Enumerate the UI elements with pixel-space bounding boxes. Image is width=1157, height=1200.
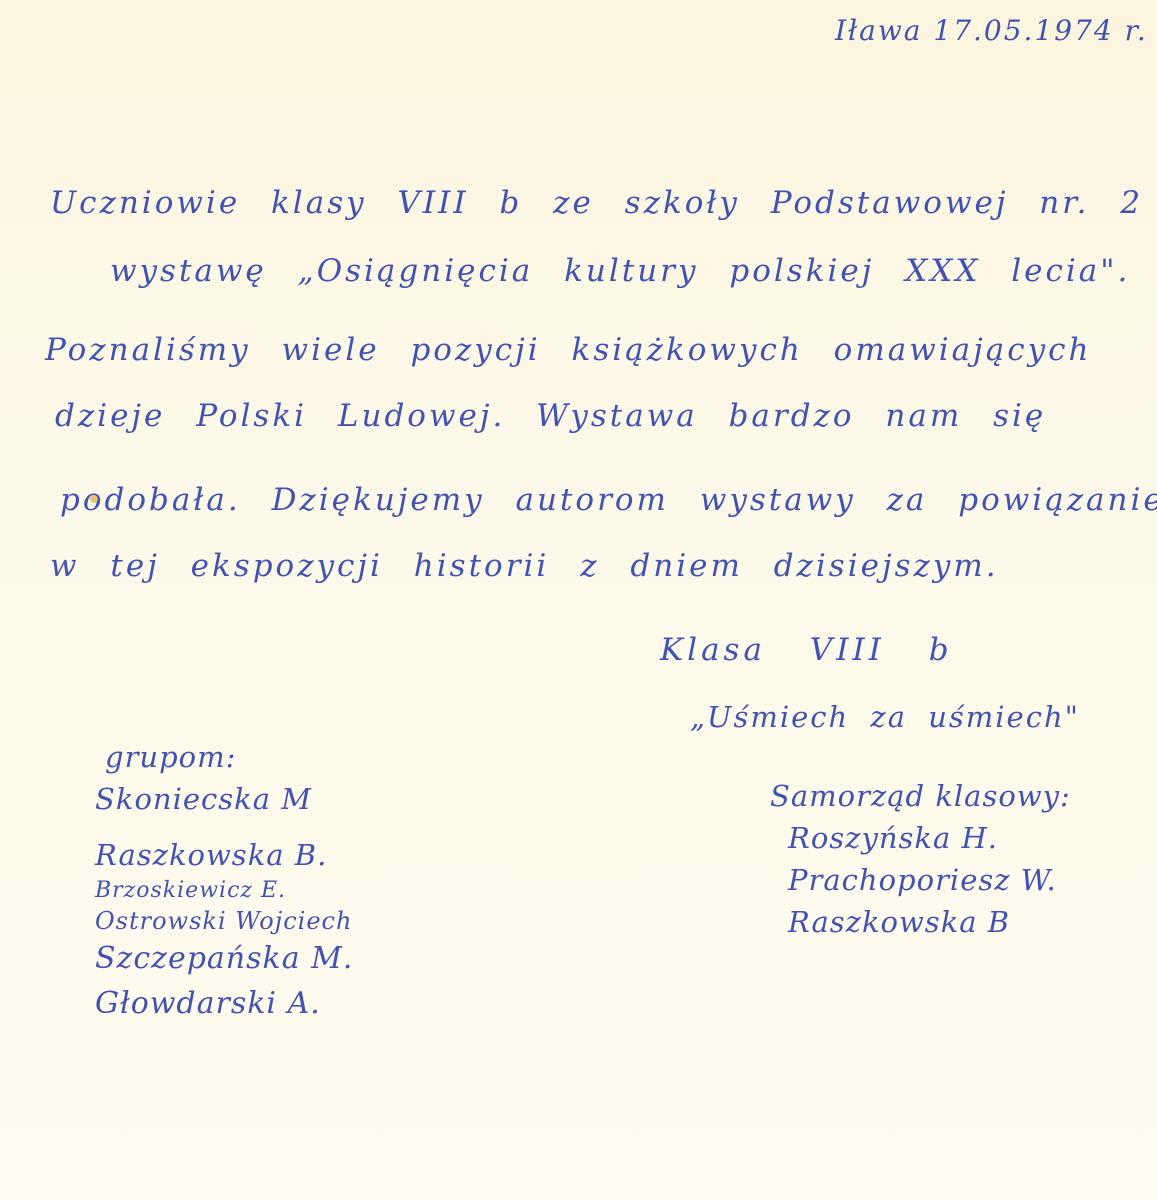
- body-line-5: podobała. Dziękujemy autorom wystawy za …: [60, 482, 1157, 518]
- council-member: Raszkowska B: [770, 901, 1071, 943]
- signature-class: Klasa VIII b: [660, 632, 953, 668]
- group-member: Ostrowski Wojciech: [95, 907, 353, 935]
- council-heading: Samorząd klasowy:: [770, 775, 1071, 817]
- group-heading: grupom:: [95, 740, 353, 774]
- date-line: Iława 17.05.1974 r.: [835, 14, 1148, 47]
- ink-stain: [90, 495, 98, 503]
- council-member: Roszyńska H.: [770, 817, 1071, 859]
- signature-motto: „Uśmiech za uśmiech": [690, 700, 1080, 734]
- group-signatures: grupom: Skoniecska M Raszkowska B. Brzos…: [95, 740, 353, 1021]
- body-line-1: Uczniowie klasy VIII b ze szkoły Podstaw…: [50, 185, 1157, 221]
- body-line-6: w tej ekspozycji historii z dniem dzisie…: [50, 548, 999, 584]
- body-line-3: Poznaliśmy wiele pozycji książkowych oma…: [45, 332, 1091, 368]
- letter-page: Iława 17.05.1974 r. Uczniowie klasy VIII…: [0, 0, 1157, 1200]
- group-member: Raszkowska B.: [95, 838, 353, 872]
- body-line-4: dzieje Polski Ludowej. Wystawa bardzo na…: [55, 398, 1046, 434]
- group-member: Głowdarski A.: [95, 986, 353, 1021]
- class-council-signatures: Samorząd klasowy: Roszyńska H. Prachopor…: [770, 775, 1071, 943]
- group-member: Szczepańska M.: [95, 941, 353, 976]
- council-member: Prachoporiesz W.: [770, 859, 1071, 901]
- group-member: Brzoskiewicz E.: [95, 878, 353, 903]
- group-member: Skoniecska M: [95, 782, 353, 816]
- body-line-2: wystawę „Osiągnięcia kultury polskiej XX…: [110, 253, 1130, 289]
